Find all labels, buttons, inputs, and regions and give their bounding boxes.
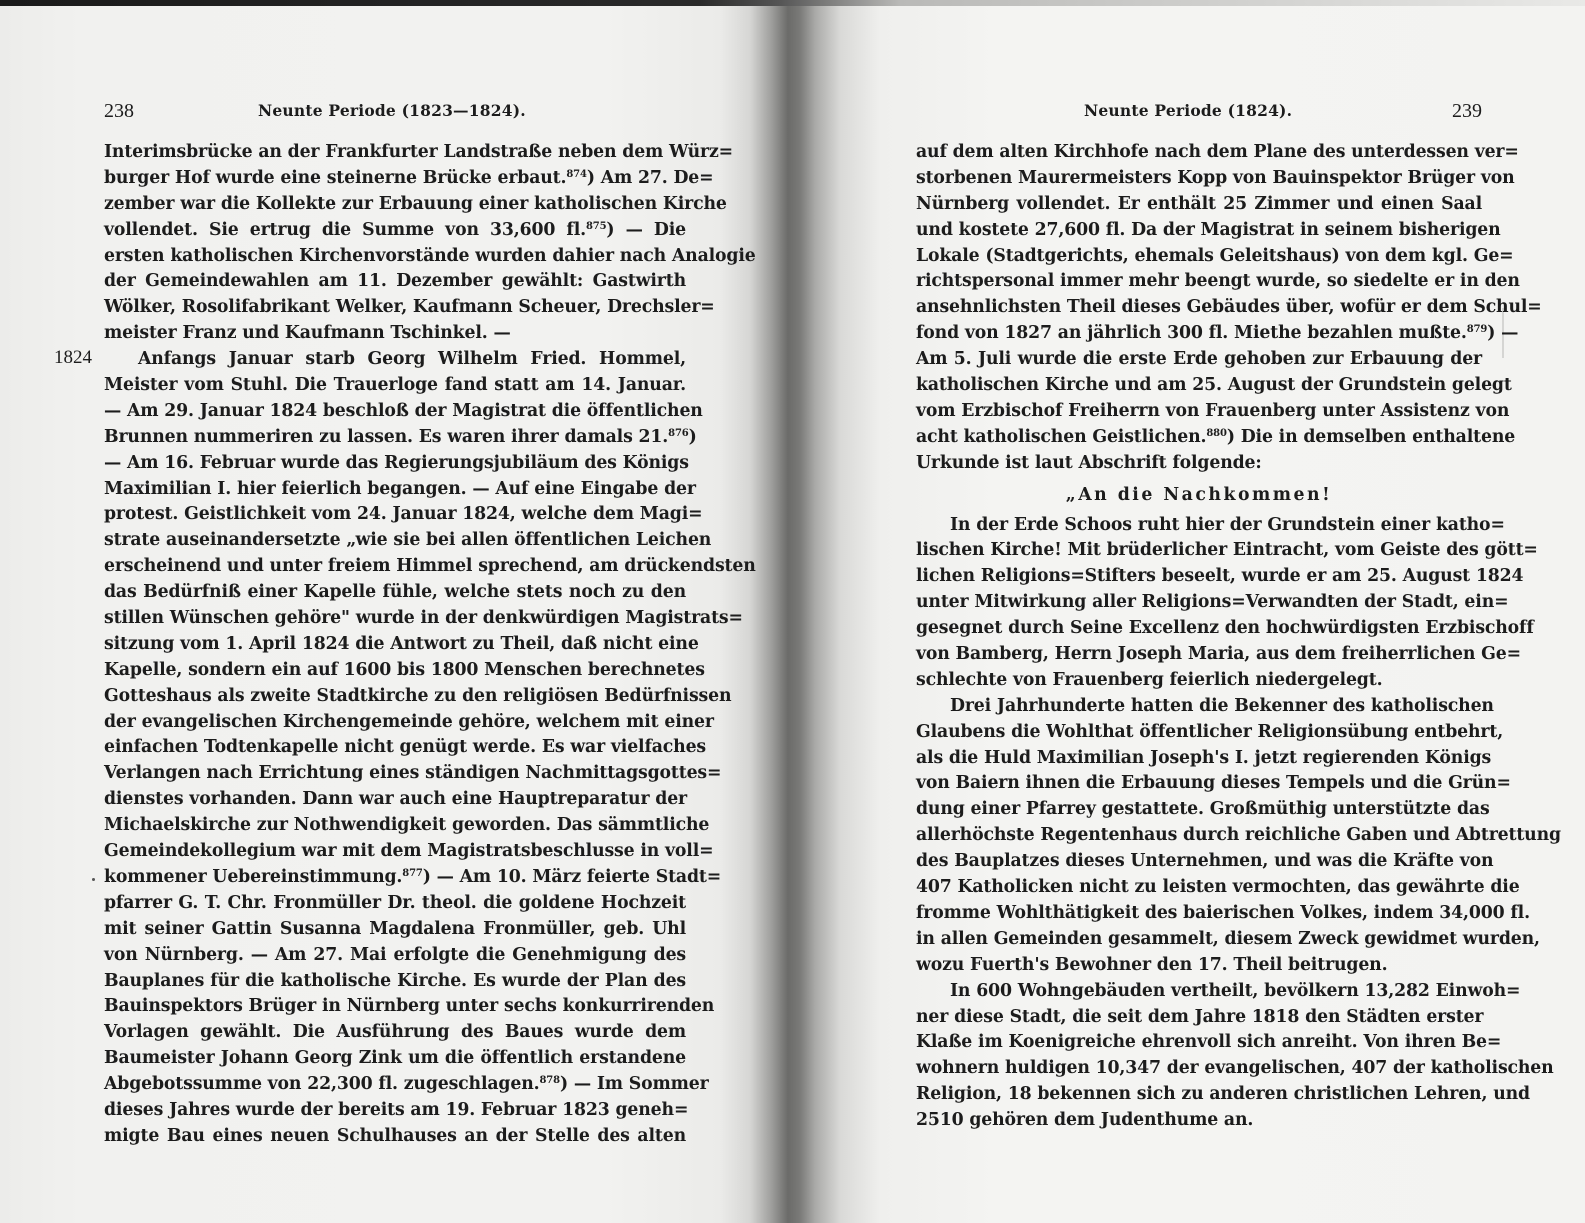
- text-line: Wölker, Rosolifabrikant Welker, Kaufmann…: [104, 295, 686, 321]
- text-line: strate auseinandersetzte „wie sie bei al…: [104, 528, 686, 554]
- text-line: Maximilian I. hier feierlich begangen. —…: [104, 477, 686, 503]
- text-line: mit seiner Gattin Susanna Magdalena Fron…: [104, 917, 686, 943]
- text-line: sitzung vom 1. April 1824 die Antwort zu…: [104, 632, 686, 658]
- text-line: von Baiern ihnen die Erbauung dieses Tem…: [916, 771, 1482, 797]
- text-line: auf dem alten Kirchhofe nach dem Plane d…: [916, 140, 1482, 166]
- text-line: erscheinend und unter freiem Himmel spre…: [104, 554, 686, 580]
- text-line: Kapelle, sondern ein auf 1600 bis 1800 M…: [104, 658, 686, 684]
- text-segment: vollendet. Sie ertrug die Summe von 33,6…: [104, 220, 686, 240]
- text-line: Brunnen nummeriren zu lassen. Es waren i…: [104, 425, 686, 451]
- footnote-ref: 879: [1467, 324, 1487, 335]
- right-running-head: Neunte Periode (1824). 239: [916, 96, 1482, 130]
- running-head-title: Neunte Periode (1824).: [1084, 101, 1292, 120]
- footnote-ref: 874: [566, 169, 586, 180]
- text-line: der Gemeindewahlen am 11. Dezember gewäh…: [104, 269, 686, 295]
- text-segment: fond von 1827 an jährlich 300 fl. Miethe…: [916, 323, 1518, 343]
- text-line: dienstes vorhanden. Dann war auch eine H…: [104, 787, 686, 813]
- text-line: dung einer Pfarrey gestattete. Großmüthi…: [916, 797, 1482, 823]
- scan-edge-mark: [1502, 308, 1504, 358]
- text-line: als die Huld Maximilian Joseph's I. jetz…: [916, 746, 1482, 772]
- text-line: pfarrer G. T. Chr. Fronmüller Dr. theol.…: [104, 891, 686, 917]
- text-line: Michaelskirche zur Nothwendigkeit geword…: [104, 813, 686, 839]
- text-line: ansehnlichsten Theil dieses Gebäudes übe…: [916, 295, 1482, 321]
- footnote-ref: 878: [540, 1075, 560, 1086]
- page-number: 239: [1452, 100, 1482, 123]
- text-line: Anfangs Januar starb Georg Wilhelm Fried…: [104, 347, 686, 373]
- page-number: 238: [104, 100, 134, 123]
- text-line: wozu Fuerth's Bewohner den 17. Theil bei…: [916, 953, 1482, 979]
- text-line: kommener Uebereinstimmung.877) — Am 10. …: [104, 865, 686, 891]
- left-page: 238 Neunte Periode (1823—1824). 1824 Int…: [104, 96, 686, 1150]
- text-segment: acht katholischen Geistlichen.880) Die i…: [916, 427, 1515, 447]
- document-heading: „An die Nachkommen!: [916, 477, 1482, 513]
- text-line: dieses Jahres wurde der bereits am 19. F…: [104, 1098, 686, 1124]
- text-line: von Bamberg, Herrn Joseph Maria, aus dem…: [916, 642, 1482, 668]
- text-segment: kommener Uebereinstimmung.877) — Am 10. …: [104, 867, 721, 887]
- text-line: Vorlagen gewählt. Die Ausführung des Bau…: [104, 1020, 686, 1046]
- text-line: lichen Religions=Stifters beseelt, wurde…: [916, 564, 1482, 590]
- text-line: Gemeindekollegium war mit dem Magistrats…: [104, 839, 686, 865]
- text-line: des Bauplatzes dieses Unternehmen, und w…: [916, 849, 1482, 875]
- text-line: Klaße im Koenigreiche ehrenvoll sich anr…: [916, 1030, 1482, 1056]
- text-line: von Nürnberg. — Am 27. Mai erfolgte die …: [104, 943, 686, 969]
- text-line: ner diese Stadt, die seit dem Jahre 1818…: [916, 1005, 1482, 1031]
- text-line: allerhöchste Regentenhaus durch reichlic…: [916, 823, 1482, 849]
- text-segment: Brunnen nummeriren zu lassen. Es waren i…: [104, 427, 697, 447]
- right-page: Neunte Periode (1824). 239 auf dem alten…: [916, 96, 1482, 1134]
- text-line: das Bedürfniß einer Kapelle fühle, welch…: [104, 580, 686, 606]
- margin-year-note: 1824: [54, 347, 92, 369]
- text-line: katholischen Kirche und am 25. August de…: [916, 373, 1482, 399]
- text-line: burger Hof wurde eine steinerne Brücke e…: [104, 166, 686, 192]
- text-line: unter Mitwirkung aller Religions=Verwand…: [916, 590, 1482, 616]
- text-line: Drei Jahrhunderte hatten die Bekenner de…: [916, 694, 1482, 720]
- text-line: vom Erzbischof Freiherrn von Frauenberg …: [916, 399, 1482, 425]
- text-line: zember war die Kollekte zur Erbauung ein…: [104, 192, 686, 218]
- text-line: in allen Gemeinden gesammelt, diesem Zwe…: [916, 927, 1482, 953]
- scan-top-border: [0, 0, 1585, 6]
- text-line: schlechte von Frauenberg feierlich niede…: [916, 668, 1482, 694]
- text-line: vollendet. Sie ertrug die Summe von 33,6…: [104, 218, 686, 244]
- text-line: Verlangen nach Errichtung eines ständige…: [104, 761, 686, 787]
- text-line: In 600 Wohngebäuden vertheilt, bevölkern…: [916, 979, 1482, 1005]
- text-line: — Am 29. Januar 1824 beschloß der Magist…: [104, 399, 686, 425]
- scan-speck: [92, 878, 95, 881]
- left-body-text: 1824 Interimsbrücke an der Frankfurter L…: [104, 140, 686, 1150]
- text-line: acht katholischen Geistlichen.880) Die i…: [916, 425, 1482, 451]
- text-line: storbenen Maurermeisters Kopp von Bauins…: [916, 166, 1482, 192]
- text-line: Glaubens die Wohlthat öffentlicher Relig…: [916, 720, 1482, 746]
- text-line: und kostete 27,600 fl. Da der Magistrat …: [916, 218, 1482, 244]
- book-spread: 238 Neunte Periode (1823—1824). 1824 Int…: [0, 0, 1585, 1223]
- text-line: fond von 1827 an jährlich 300 fl. Miethe…: [916, 321, 1482, 347]
- text-segment: Abgebotssumme von 22,300 fl. zugeschlage…: [104, 1074, 709, 1094]
- text-line: Gotteshaus als zweite Stadtkirche zu den…: [104, 684, 686, 710]
- text-line: Interimsbrücke an der Frankfurter Landst…: [104, 140, 686, 166]
- text-line: ersten katholischen Kirchenvorstände wur…: [104, 244, 686, 270]
- text-segment: burger Hof wurde eine steinerne Brücke e…: [104, 168, 713, 188]
- text-line: wohnern huldigen 10,347 der evangelische…: [916, 1056, 1482, 1082]
- text-line: Meister vom Stuhl. Die Trauerloge fand s…: [104, 373, 686, 399]
- text-line: migte Bau eines neuen Schulhauses an der…: [104, 1124, 686, 1150]
- text-line: 2510 gehören dem Judenthume an.: [916, 1108, 1482, 1134]
- text-line: Abgebotssumme von 22,300 fl. zugeschlage…: [104, 1072, 686, 1098]
- footnote-ref: 880: [1206, 428, 1226, 439]
- text-line: Nürnberg vollendet. Er enthält 25 Zimmer…: [916, 192, 1482, 218]
- text-line: — Am 16. Februar wurde das Regierungsjub…: [104, 451, 686, 477]
- text-line: einfachen Todtenkapelle nicht genügt wer…: [104, 735, 686, 761]
- footnote-ref: 875: [586, 221, 606, 232]
- text-line: meister Franz und Kaufmann Tschinkel. —: [104, 321, 686, 347]
- text-line: lischen Kirche! Mit brüderlicher Eintrac…: [916, 538, 1482, 564]
- footnote-ref: 876: [668, 428, 688, 439]
- text-line: Lokale (Stadtgerichts, ehemals Geleitsha…: [916, 244, 1482, 270]
- text-line: Bauplanes für die katholische Kirche. Es…: [104, 969, 686, 995]
- text-line: Baumeister Johann Georg Zink um die öffe…: [104, 1046, 686, 1072]
- footnote-ref: 877: [402, 868, 422, 879]
- text-line: protest. Geistlichkeit vom 24. Januar 18…: [104, 502, 686, 528]
- text-line: gesegnet durch Seine Excellenz den hochw…: [916, 616, 1482, 642]
- text-line: der evangelischen Kirchengemeinde gehöre…: [104, 710, 686, 736]
- text-line: Urkunde ist laut Abschrift folgende:: [916, 451, 1482, 477]
- text-line: Religion, 18 bekennen sich zu anderen ch…: [916, 1082, 1482, 1108]
- right-body-text: auf dem alten Kirchhofe nach dem Plane d…: [916, 140, 1482, 1134]
- text-line: fromme Wohlthätigkeit des baierischen Vo…: [916, 901, 1482, 927]
- running-head-title: Neunte Periode (1823—1824).: [258, 101, 526, 120]
- left-running-head: 238 Neunte Periode (1823—1824).: [104, 96, 686, 130]
- text-line: Am 5. Juli wurde die erste Erde gehoben …: [916, 347, 1482, 373]
- text-line: In der Erde Schoos ruht hier der Grundst…: [916, 513, 1482, 539]
- text-line: stillen Wünschen gehöre" wurde in der de…: [104, 606, 686, 632]
- text-line: 407 Katholicken nicht zu leisten vermoch…: [916, 875, 1482, 901]
- text-line: richtspersonal immer mehr beengt wurde, …: [916, 269, 1482, 295]
- text-line: Bauinspektors Brüger in Nürnberg unter s…: [104, 994, 686, 1020]
